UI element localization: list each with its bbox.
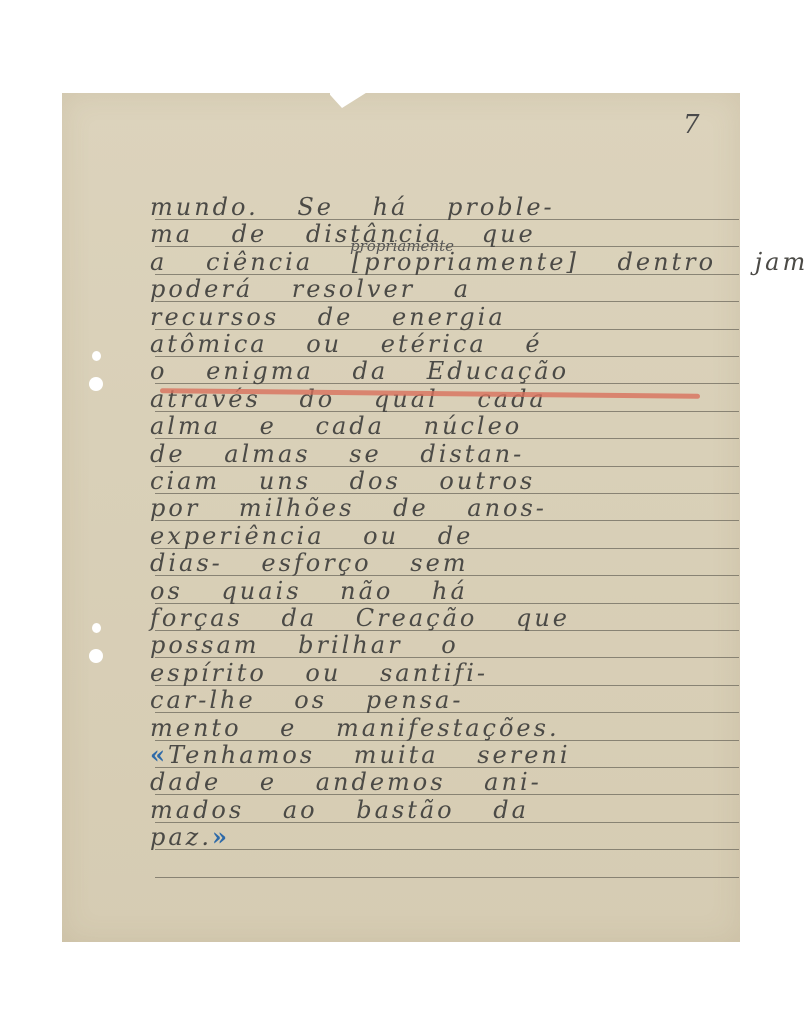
blue-quote-mark: »	[212, 822, 230, 851]
text-line: atômica ou etérica é	[150, 331, 740, 357]
text-line: os quais não há	[150, 578, 740, 604]
punch-hole	[89, 649, 103, 663]
blue-quote-mark: «	[150, 740, 168, 769]
text-line: dias- esforço sem	[150, 550, 740, 576]
rule-line	[155, 877, 739, 878]
text-line: espírito ou santifi-	[150, 660, 740, 686]
text-line: «Tenhamos muita sereni	[150, 742, 740, 768]
text-line: mundo. Se há proble-	[150, 194, 740, 220]
text-line: mados ao bastão da	[150, 797, 740, 823]
text-line: ma de distância que	[150, 221, 740, 247]
punch-hole	[92, 351, 101, 361]
text-line: possam brilhar o	[150, 632, 740, 658]
punch-hole	[89, 377, 103, 391]
text-line: mento e manifestações.	[150, 715, 740, 741]
text-line: experiência ou de	[150, 523, 740, 549]
text-line: por milhões de anos-	[150, 495, 740, 521]
text-line: o enigma da Educação	[150, 358, 740, 384]
text-line: car-lhe os pensa-	[150, 687, 740, 713]
text-line: alma e cada núcleo	[150, 413, 740, 439]
text-line: dade e andemos ani-	[150, 769, 740, 795]
text-line: poderá resolver a	[150, 276, 740, 302]
text-line: a ciência [propriamente] dentro jamais	[150, 249, 740, 275]
text-line: recursos de energia	[150, 304, 740, 330]
text-line: forças da Creação que	[150, 605, 740, 631]
page-number: 7	[683, 110, 700, 140]
text-line: paz.»	[150, 824, 740, 850]
text-line: de almas se distan-	[150, 441, 740, 467]
text-line: ciam uns dos outros	[150, 468, 740, 494]
punch-hole	[92, 623, 101, 633]
